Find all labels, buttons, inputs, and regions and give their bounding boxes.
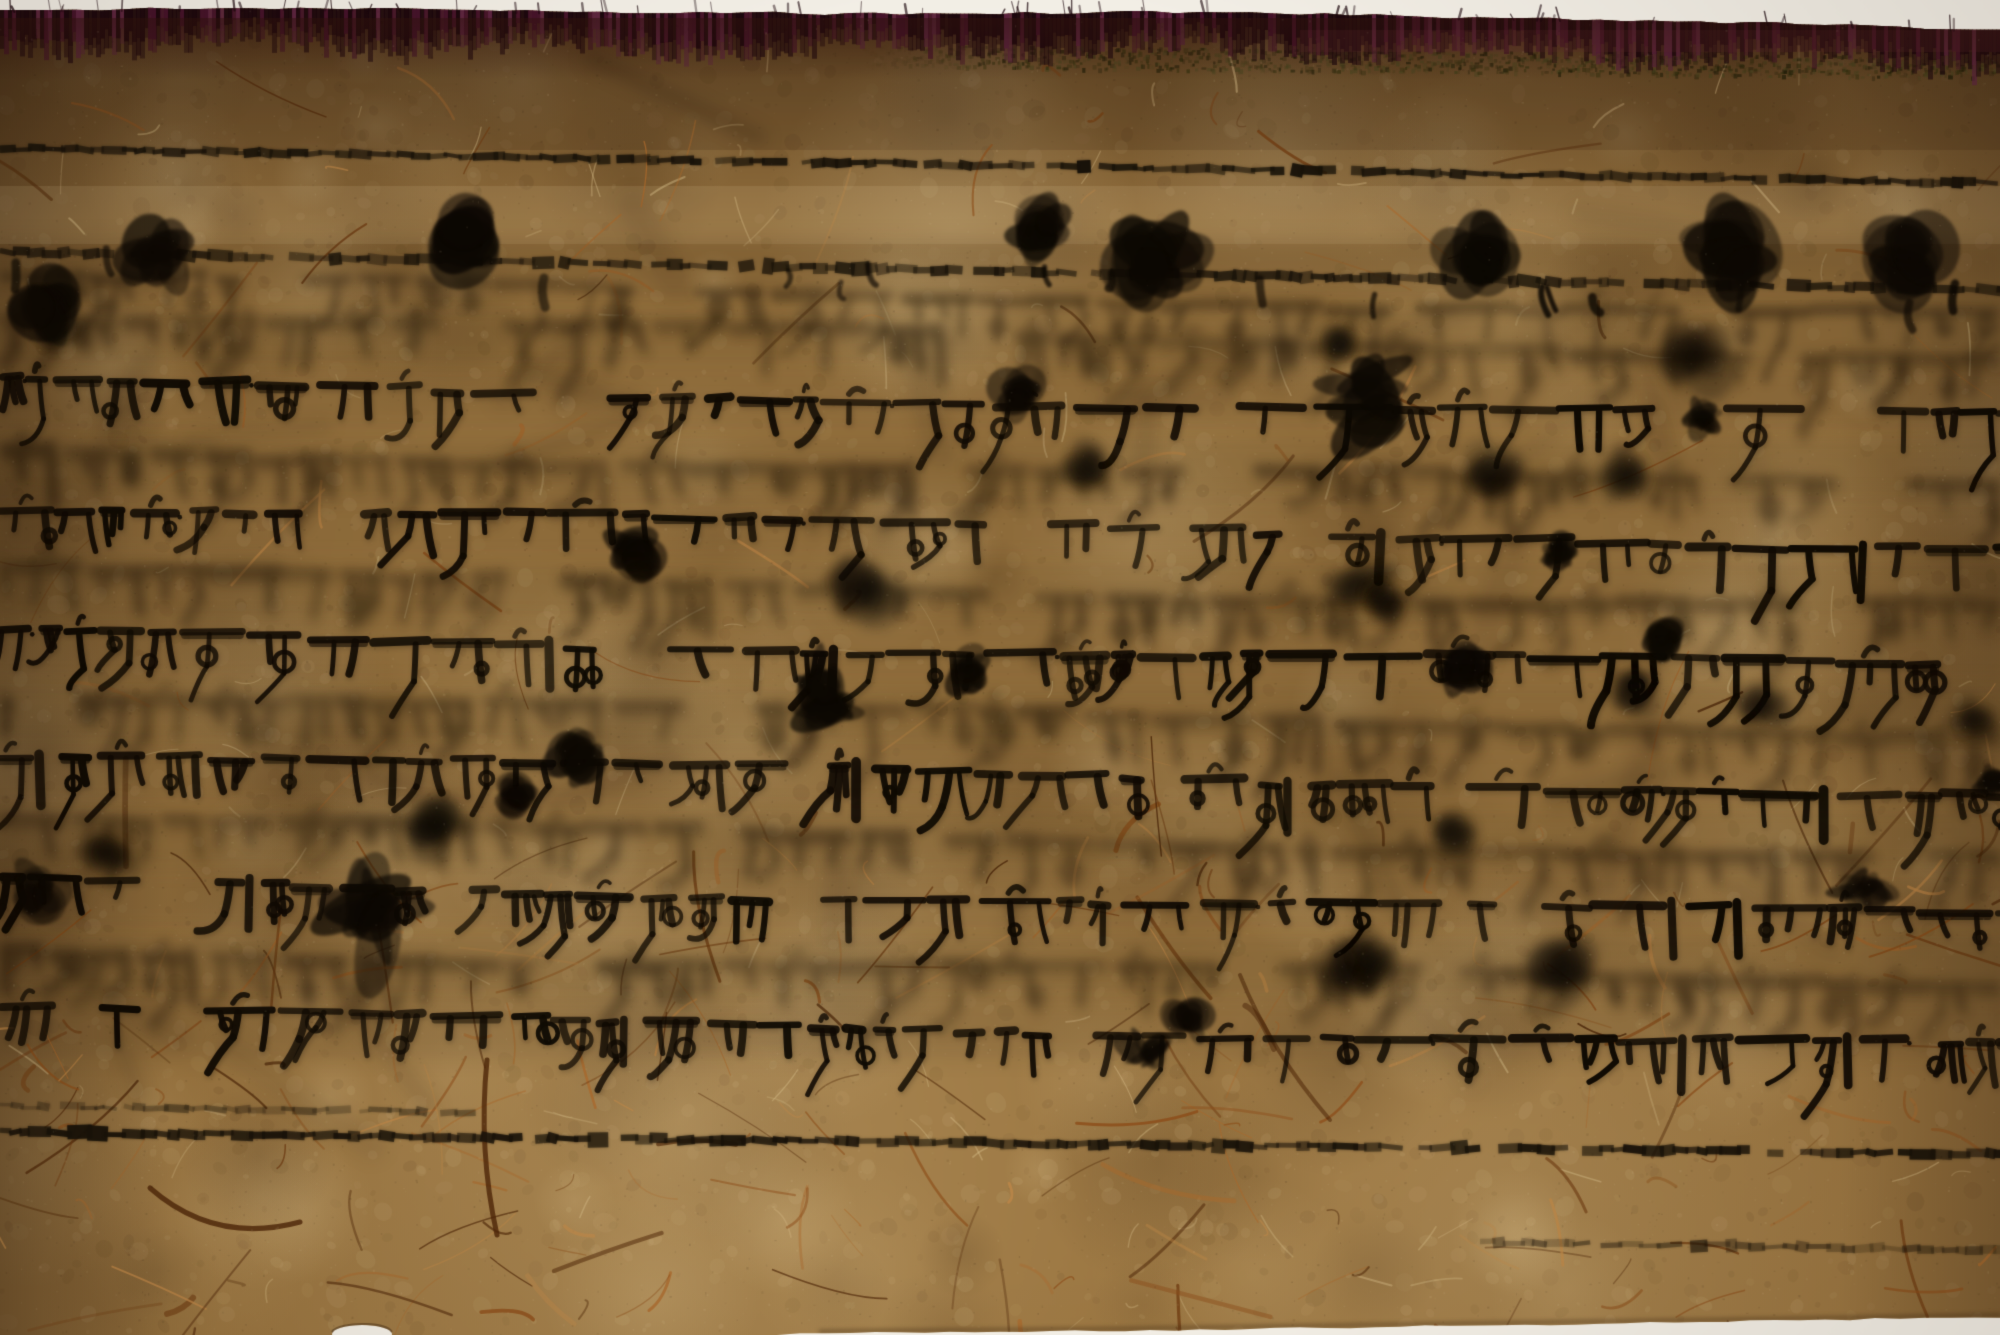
manuscript-canvas <box>0 0 2000 1335</box>
manuscript-photo <box>0 0 2000 1335</box>
